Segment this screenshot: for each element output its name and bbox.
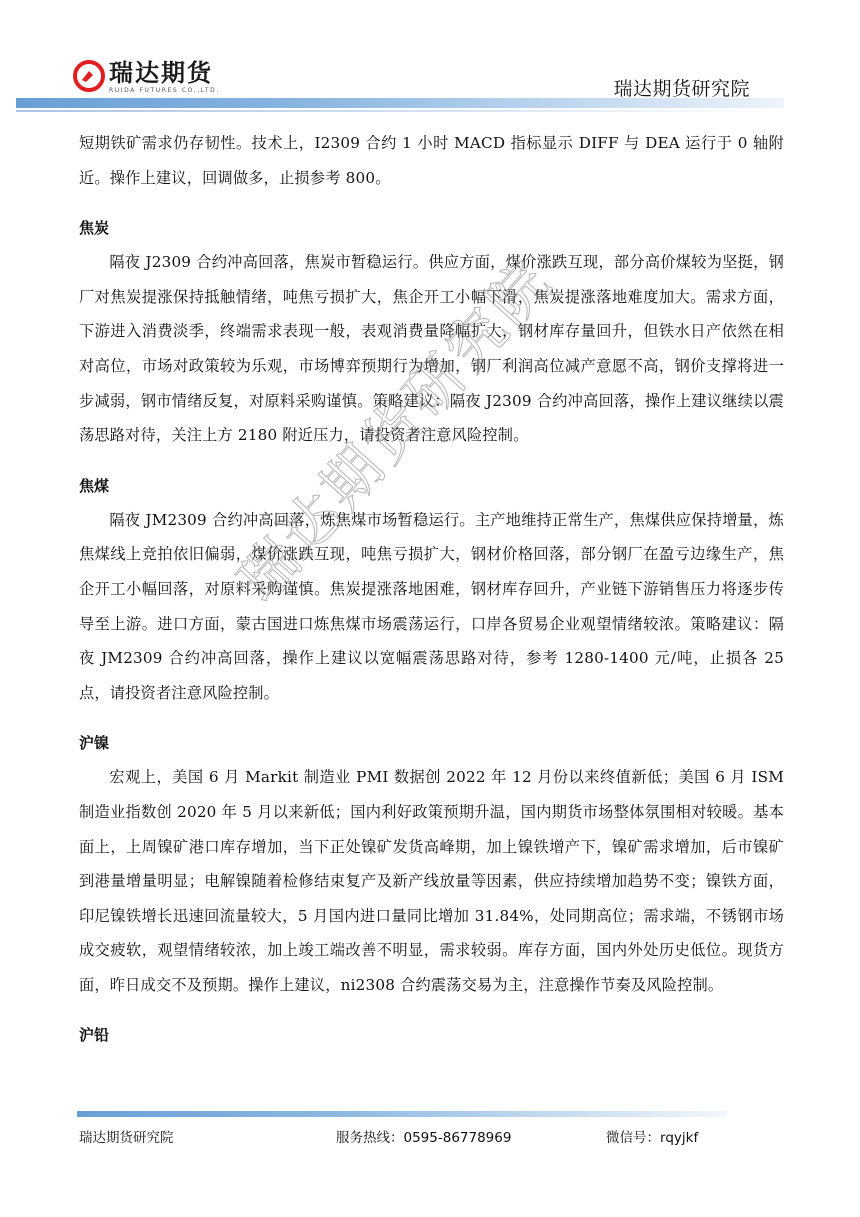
section-coke: 焦炭 隔夜 J2309 合约冲高回落，焦炭市暂稳运行。供应方面，煤价涨跌互现，部… [79, 213, 784, 453]
page-footer: 瑞达期货研究院 服务热线：0595-86778969 微信号：rqyjkf [79, 1126, 739, 1146]
logo-chinese-name: 瑞达期货 [109, 60, 220, 86]
section-coking-coal: 焦煤 隔夜 JM2309 合约冲高回落，炼焦煤市场暂稳运行。主产地维持正常生产，… [79, 471, 784, 711]
section-paragraph: 宏观上，美国 6 月 Markit 制造业 PMI 数据创 2022 年 12 … [79, 760, 784, 1002]
section-title: 焦煤 [79, 471, 784, 501]
section-paragraph: 隔夜 J2309 合约冲高回落，焦炭市暂稳运行。供应方面，煤价涨跌互现，部分高价… [79, 245, 784, 453]
header-divider-band [16, 98, 784, 108]
section-title: 沪铅 [79, 1020, 784, 1050]
section-title: 焦炭 [79, 213, 784, 243]
footer-divider-band [77, 1111, 727, 1117]
ruida-logo-icon [73, 60, 105, 92]
report-body: 短期铁矿需求仍存韧性。技术上，I2309 合约 1 小时 MACD 指标显示 D… [79, 126, 784, 1052]
section-lead: 沪铅 [79, 1020, 784, 1050]
page-header: 瑞达期货 RUIDA FUTURES CO.,LTD. 瑞达期货研究院 [0, 0, 860, 120]
company-logo: 瑞达期货 RUIDA FUTURES CO.,LTD. [73, 60, 220, 95]
header-title: 瑞达期货研究院 [613, 74, 750, 101]
section-paragraph: 隔夜 JM2309 合约冲高回落，炼焦煤市场暂稳运行。主产地维持正常生产，焦煤供… [79, 503, 784, 711]
footer-institute-name: 瑞达期货研究院 [79, 1126, 174, 1146]
footer-hotline: 服务热线：0595-86778969 [336, 1126, 511, 1146]
intro-paragraph: 短期铁矿需求仍存韧性。技术上，I2309 合约 1 小时 MACD 指标显示 D… [79, 126, 784, 195]
section-title: 沪镍 [79, 728, 784, 758]
footer-wechat: 微信号：rqyjkf [606, 1126, 698, 1146]
header-divider-line [16, 110, 784, 112]
logo-english-name: RUIDA FUTURES CO.,LTD. [109, 87, 220, 95]
section-nickel: 沪镍 宏观上，美国 6 月 Markit 制造业 PMI 数据创 2022 年 … [79, 728, 784, 1002]
